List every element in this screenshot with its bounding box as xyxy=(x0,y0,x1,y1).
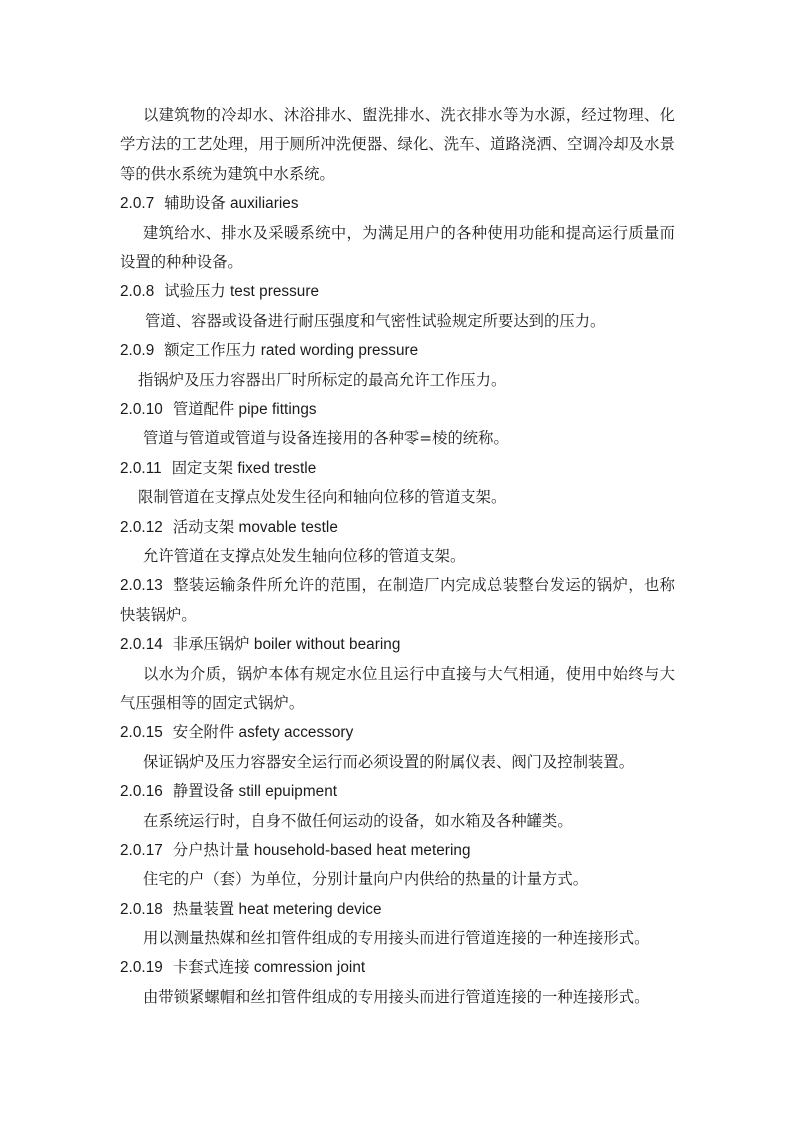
term-heading-2-0-12: 2.0.12活动支架 movable testle xyxy=(120,513,675,542)
term-english: pipe fittings xyxy=(239,401,317,418)
term-number: 2.0.19 xyxy=(120,953,163,982)
term-definition: 由带锁紧螺帽和丝扣管件组成的专用接头而进行管道连接的一种连接形式。 xyxy=(120,983,675,1012)
term-chinese: 辅助设备 xyxy=(164,194,225,212)
term-english: boiler without bearing xyxy=(254,636,401,653)
term-heading-2-0-8: 2.0.8试验压力 test pressure xyxy=(120,277,675,306)
intro-paragraph: 以建筑物的冷却水、沐浴排水、盥洗排水、洗衣排水等为水源，经过物理、化学方法的工艺… xyxy=(120,101,675,189)
term-number: 2.0.9 xyxy=(120,336,154,365)
term-heading-2-0-11: 2.0.11固定支架 fixed trestle xyxy=(120,454,675,483)
term-definition: 管道与管道或管道与设备连接用的各种零=棱的统称。 xyxy=(120,424,675,453)
term-number: 2.0.7 xyxy=(120,189,154,218)
term-heading-2-0-7: 2.0.7辅助设备 auxiliaries xyxy=(120,189,675,218)
term-chinese: 卡套式连接 xyxy=(173,958,250,976)
term-english: rated wording pressure xyxy=(261,342,419,359)
term-heading-2-0-17: 2.0.17分户热计量 household-based heat meterin… xyxy=(120,836,675,865)
term-number: 2.0.10 xyxy=(120,395,163,424)
term-chinese: 整装运输条件所允许的范围，在制造厂内完成总装整台发运的锅炉，也称快装锅炉。 xyxy=(120,576,675,623)
term-heading-2-0-14: 2.0.14非承压锅炉 boiler without bearing xyxy=(120,630,675,659)
term-definition: 建筑给水、排水及采暖系统中，为满足用户的各种使用功能和提高运行质量而设置的种种设… xyxy=(120,219,675,278)
term-chinese: 活动支架 xyxy=(173,518,234,536)
term-definition: 指锅炉及压力容器出厂时所标定的最高允许工作压力。 xyxy=(120,366,675,395)
term-number: 2.0.16 xyxy=(120,777,163,806)
term-chinese: 固定支架 xyxy=(172,459,233,477)
term-number: 2.0.14 xyxy=(120,630,163,659)
term-english: test pressure xyxy=(230,283,319,300)
term-number: 2.0.8 xyxy=(120,277,154,306)
term-heading-2-0-18: 2.0.18热量装置 heat metering device xyxy=(120,895,675,924)
term-english: comression joint xyxy=(254,959,365,976)
term-heading-2-0-9: 2.0.9额定工作压力 rated wording pressure xyxy=(120,336,675,365)
term-heading-2-0-13: 2.0.13整装运输条件所允许的范围，在制造厂内完成总装整台发运的锅炉，也称快装… xyxy=(120,571,675,630)
term-heading-2-0-15: 2.0.15安全附件 asfety accessory xyxy=(120,718,675,747)
term-english: auxiliaries xyxy=(230,195,299,212)
term-heading-2-0-16: 2.0.16静置设备 still epuipment xyxy=(120,777,675,806)
term-definition: 保证锅炉及压力容器安全运行而必须设置的附属仪表、阀门及控制装置。 xyxy=(120,748,675,777)
term-chinese: 静置设备 xyxy=(173,782,234,800)
term-definition: 限制管道在支撑点处发生径向和轴向位移的管道支架。 xyxy=(120,483,675,512)
term-chinese: 非承压锅炉 xyxy=(173,635,250,653)
term-chinese: 额定工作压力 xyxy=(164,341,256,359)
term-english: fixed trestle xyxy=(237,460,316,477)
term-english: still epuipment xyxy=(239,783,338,800)
term-definition: 以水为介质，锅炉本体有规定水位且运行中直接与大气相通，使用中始终与大气压强相等的… xyxy=(120,660,675,719)
term-english: movable testle xyxy=(239,519,338,536)
term-definition: 在系统运行时，自身不做任何运动的设备，如水箱及各种罐类。 xyxy=(120,807,675,836)
term-heading-2-0-10: 2.0.10管道配件 pipe fittings xyxy=(120,395,675,424)
term-number: 2.0.18 xyxy=(120,895,163,924)
term-number: 2.0.13 xyxy=(120,571,163,600)
term-number: 2.0.17 xyxy=(120,836,163,865)
term-definition: 管道、容器或设备进行耐压强度和气密性试验规定所要达到的压力。 xyxy=(120,307,675,336)
term-english: household-based heat metering xyxy=(254,842,471,859)
term-chinese: 试验压力 xyxy=(164,282,225,300)
term-number: 2.0.11 xyxy=(120,454,162,483)
term-definition: 住宅的户（套）为单位，分别计量向户内供给的热量的计量方式。 xyxy=(120,865,675,894)
term-chinese: 热量装置 xyxy=(173,900,234,918)
term-chinese: 分户热计量 xyxy=(173,841,250,859)
term-english: heat metering device xyxy=(239,901,382,918)
term-definition: 用以测量热媒和丝扣管件组成的专用接头而进行管道连接的一种连接形式。 xyxy=(120,924,675,953)
term-heading-2-0-19: 2.0.19卡套式连接 comression joint xyxy=(120,953,675,982)
term-english: asfety accessory xyxy=(239,724,354,741)
term-chinese: 安全附件 xyxy=(173,723,234,741)
term-number: 2.0.15 xyxy=(120,718,163,747)
term-number: 2.0.12 xyxy=(120,513,163,542)
term-chinese: 管道配件 xyxy=(173,400,234,418)
term-definition: 允许管道在支撑点处发生轴向位移的管道支架。 xyxy=(120,542,675,571)
document-page: 以建筑物的冷却水、沐浴排水、盥洗排水、洗衣排水等为水源，经过物理、化学方法的工艺… xyxy=(120,101,675,1012)
